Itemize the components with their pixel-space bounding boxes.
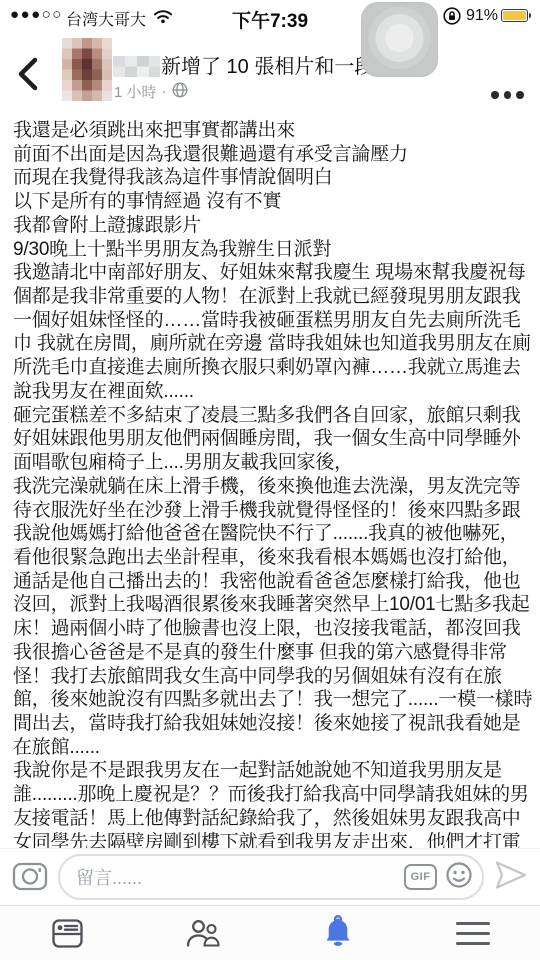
post-text-line: 一個好姐妹怪怪的……當時我被砸蛋糕男朋友自先去廁所洗毛 (13, 309, 540, 333)
post-text-line: 巾 我就在房間，廁所就在旁邊 當時我姐妹也知道我男朋友在廁 (13, 332, 540, 356)
post-text-line: 在旅館...... (13, 736, 540, 760)
wifi-icon (152, 7, 174, 29)
post-text-line: 以下是所有的事情經過 沒有不實 (13, 190, 540, 214)
post-text-line: 床！過兩個小時了他臉書也沒上限，也沒接我電話，都沒回我 (13, 617, 540, 641)
post-text-line: 所洗毛巾直接進去廁所換衣服只剩奶罩內褲……我就立馬進去 (13, 356, 540, 380)
post-text-line: 誰.........那晚上慶祝是？？而後我打給我高中同學請我姐妹的男 (13, 783, 540, 807)
orientation-lock-icon (443, 7, 461, 30)
post-text-line: 9/30晚上十點半男朋友為我辦生日派對 (13, 238, 540, 262)
comment-bar: 留言...... GIF (0, 848, 540, 905)
emoji-button[interactable] (445, 861, 473, 894)
carrier-label: 台湾大哥大 (66, 7, 146, 30)
back-button[interactable] (14, 54, 42, 99)
battery-percent-label: 91% (466, 7, 498, 25)
post-text-line: 而現在我覺得我該為這件事情說個明白 (13, 166, 540, 190)
post-text-line: 說我男友在裡面欸...... (13, 380, 540, 404)
post-text-line: 個都是我非常重要的人物！在派對上我就已經發現男朋友跟我 (13, 285, 540, 309)
post-text-line: 待衣服洗好坐在沙發上滑手機我就覺得怪怪的！後來四點多跟 (13, 499, 540, 523)
signal-strength-icon: ●●●○○ (10, 6, 63, 23)
clock-time: 下午7:39 (232, 6, 308, 33)
nav-menu-button[interactable] (405, 906, 540, 960)
post-text-line: 間出去，當時我打給我姐妹她沒接！後來她接了視訊我看她是 (13, 712, 540, 736)
post-text-line: 砸完蛋糕差不多結束了凌晨三點多我們各自回家，旅館只剩我 (13, 404, 540, 428)
camera-icon[interactable] (12, 859, 48, 896)
nav-friends-button[interactable] (135, 906, 270, 960)
post-body-text: 我還是必須跳出來把事實都講出來前面不出面是因為我還很難過還有承受言論壓力而現在我… (13, 119, 540, 854)
post-text-line: 面唱歌包廂椅子上....男朋友載我回家後， (13, 451, 540, 475)
post-meta: 1 小時 · (114, 81, 188, 102)
battery-icon (501, 9, 528, 22)
post-text-line: 我都會附上證據跟影片 (13, 214, 540, 238)
hamburger-icon (456, 922, 490, 945)
nav-notifications-button[interactable] (270, 906, 405, 960)
status-bar: ●●●○○ 台湾大哥大 下午7:39 91% (0, 0, 540, 30)
privacy-globe-icon (172, 82, 188, 102)
comment-placeholder: 留言...... (76, 864, 396, 890)
post-text-line: 友接電話！馬上他傳對話紀錄給我了，然後姐妹男友跟我高中 (13, 807, 540, 831)
post-text-line: 前面不出面是因為我還很難過還有承受言論壓力 (13, 143, 540, 167)
post-text-line: 我邀請北中南部好朋友、好姐妹來幫我慶生 現場來幫我慶祝每 (13, 261, 540, 285)
gif-button[interactable]: GIF (404, 864, 437, 890)
bottom-navigation (0, 905, 540, 960)
post-text-line: 館，後來她說沒有四點多就出去了！我一想完了......一模一樣時 (13, 688, 540, 712)
post-text-line: 我很擔心爸爸是不是真的發生什麼事 但我的第六感覺得非常 (13, 641, 540, 665)
post-text-line: 看他很緊急跑出去坐計程車，後來我看根本媽媽也沒打給他， (13, 546, 540, 570)
post-text-line: 我說他媽媽打給他爸爸在醫院快不行了.......我真的被他嚇死， (13, 522, 540, 546)
author-name-redacted (113, 56, 160, 82)
assistive-touch-button[interactable] (361, 2, 438, 77)
post-text-line: 我洗完澡就躺在床上滑手機，後來換他進去洗澡，男友洗完等 (13, 475, 540, 499)
post-text-line: 怪！我打去旅館問我女生高中同學我的另個姐妹有沒有在旅 (13, 665, 540, 689)
post-timestamp: 1 小時 (114, 81, 157, 102)
comment-input[interactable]: 留言...... GIF (58, 854, 484, 900)
post-text-line: 我說你是不是跟我男友在一起對話她說她不知道我男朋友是 (13, 759, 540, 783)
post-text-line: 我還是必須跳出來把事實都講出來 (13, 119, 540, 143)
meta-separator: · (162, 83, 167, 100)
post-text-line: 沒回，派對上我喝酒很累後來我睡著突然早上10/01七點多我起 (13, 593, 540, 617)
post-options-button[interactable] (491, 91, 524, 99)
facebook-post-screen: ●●●○○ 台湾大哥大 下午7:39 91% (0, 0, 540, 960)
avatar-pixelated[interactable] (62, 38, 112, 101)
send-button[interactable] (494, 860, 528, 895)
post-text-line: 通話是他自己播出去的！我密他說看爸爸怎麼樣打給我，他也 (13, 570, 540, 594)
post-text-line: 好姐妹跟他男朋友他們兩個睡房間，我一個女生高中同學睡外 (13, 427, 540, 451)
nav-newsfeed-button[interactable] (0, 906, 135, 960)
